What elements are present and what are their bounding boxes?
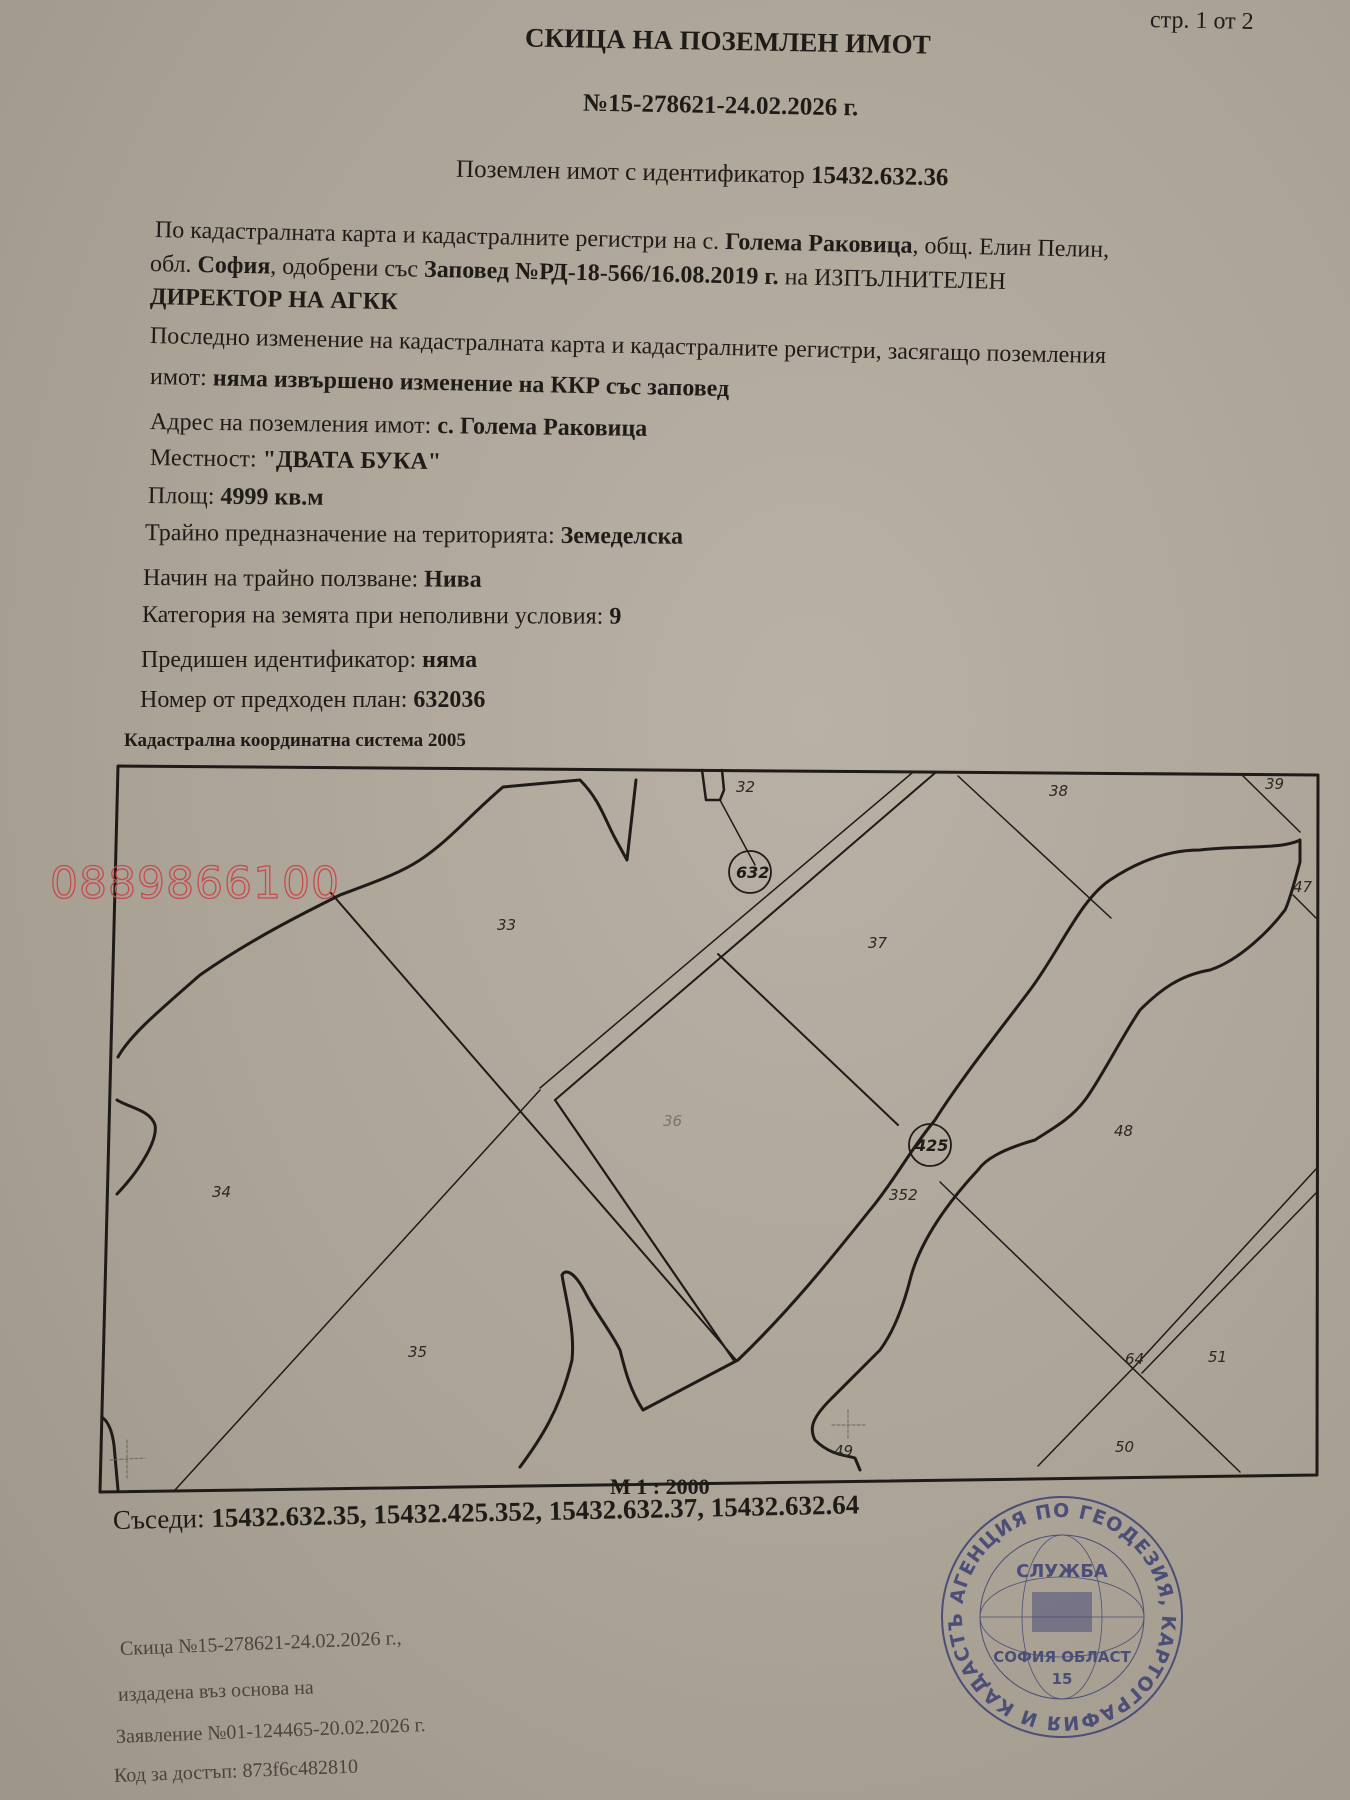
document-number: №15-278621-24.02.2026 г.: [583, 90, 859, 123]
phone-watermark: 0889866100: [50, 858, 340, 909]
usage-row: Начин на трайно ползване: Нива: [143, 566, 482, 592]
region-name: София: [197, 252, 270, 280]
previous-id-label: Предишен идентификатор:: [141, 647, 416, 673]
stamp-seal-icon: АГЕНЦИЯ ПО ГЕОДЕЗИЯ, КАРТОГРАФИЯ И КАДАС…: [937, 1492, 1187, 1742]
locality-value: "ДВАТА БУКА": [262, 447, 441, 475]
approved-text: , одобрени със: [270, 254, 418, 283]
region-label: обл.: [150, 251, 192, 278]
usage-label: Начин на трайно ползване:: [143, 565, 418, 592]
category-value: 9: [609, 604, 621, 630]
purpose-row: Трайно предназначение на територията: Зе…: [145, 521, 683, 549]
municipality: , общ. Елин Пелин,: [912, 233, 1109, 263]
cadastre-basis-line-3: ДИРЕКТОР НА АГКК: [150, 285, 398, 314]
category-row: Категория на земята при неполивни услови…: [142, 603, 621, 629]
area-row: Площ: 4999 кв.м: [148, 484, 324, 510]
page-indicator: стр. 1 от 2: [1150, 7, 1254, 36]
village-name: Голема Раковица: [725, 229, 913, 259]
area-label: Площ:: [148, 483, 215, 510]
previous-plan-value: 632036: [413, 687, 485, 713]
identifier-value: 15432.632.36: [811, 162, 949, 191]
neighbors-label: Съседи:: [113, 1503, 205, 1535]
address-label: Адрес на поземления имот:: [150, 409, 432, 439]
address-value: с. Голема Раковица: [437, 413, 647, 442]
usage-value: Нива: [424, 566, 482, 592]
last-change-label-2: имот:: [150, 364, 207, 391]
previous-id-value: няма: [422, 647, 477, 673]
locality-label: Местност:: [150, 445, 257, 472]
locality-row: Местност: "ДВАТА БУКА": [150, 446, 441, 474]
purpose-label: Трайно предназначение на територията:: [145, 520, 555, 549]
previous-plan-label: Номер от предходен план:: [140, 687, 407, 713]
official-stamp: АГЕНЦИЯ ПО ГЕОДЕЗИЯ, КАРТОГРАФИЯ И КАДАС…: [937, 1492, 1187, 1742]
category-label: Категория на земята при неполивни услови…: [142, 602, 603, 630]
identifier-label: Поземлен имот с идентификатор: [456, 156, 805, 189]
previous-id-row: Предишен идентификатор: няма: [141, 648, 477, 672]
director-prefix: на ИЗПЪЛНИТЕЛЕН: [784, 264, 1006, 295]
stamp-inner-bottom: СОФИЯ ОБЛАСТ: [993, 1648, 1131, 1666]
stamp-inner-number: 15: [1052, 1670, 1073, 1688]
area-value: 4999 кв.м: [220, 484, 323, 511]
purpose-value: Земеделска: [561, 523, 684, 550]
previous-plan-row: Номер от предходен план: 632036: [140, 688, 485, 712]
stamp-inner-top: СЛУЖБА: [1016, 1561, 1108, 1582]
coordinate-system-label: Кадастрална координатна система 2005: [124, 730, 466, 752]
